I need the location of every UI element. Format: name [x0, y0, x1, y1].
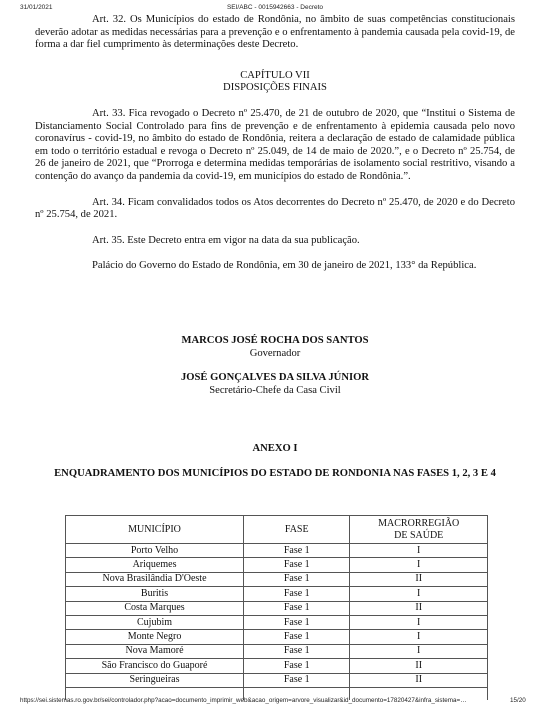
cell-municipio: Nova Mamoré [66, 644, 244, 658]
signature-chief-of-staff: JOSÉ GONÇALVES DA SILVA JÚNIOR Secretári… [35, 372, 515, 397]
table-row: Nova Brasilândia D'OesteFase 1II [66, 572, 488, 586]
cell-macrorregiao: I [350, 544, 488, 558]
cell-fase: Fase 1 [244, 572, 350, 586]
cell-municipio: Costa Marques [66, 601, 244, 615]
cell-fase: Fase 1 [244, 673, 350, 687]
cell-macrorregiao: I [350, 615, 488, 629]
article-33: Art. 33. Fica revogado o Decreto nº 25.4… [35, 108, 515, 184]
annex-title: ANEXO I [35, 443, 515, 456]
signer-name: JOSÉ GONÇALVES DA SILVA JÚNIOR [35, 372, 515, 385]
cell-municipio: São Francisco do Guaporé [66, 659, 244, 673]
cell-fase: Fase 1 [244, 659, 350, 673]
cell-macrorregiao: II [350, 659, 488, 673]
signer-role: Secretário-Chefe da Casa Civil [35, 385, 515, 398]
table-row: AriquemesFase 1I [66, 558, 488, 572]
cell-macrorregiao: II [350, 601, 488, 615]
cell-fase: Fase 1 [244, 630, 350, 644]
cell-fase: Fase 1 [244, 644, 350, 658]
column-header-macrorregiao: MACRORREGIÃODE SAÚDE [350, 516, 488, 544]
article-32: Art. 32. Os Municípios do estado de Rond… [35, 14, 515, 52]
annex-subtitle: ENQUADRAMENTO DOS MUNICÍPIOS DO ESTADO D… [35, 468, 515, 481]
table-row: Porto VelhoFase 1I [66, 544, 488, 558]
table-row: SeringueirasFase 1II [66, 673, 488, 687]
cell-macrorregiao: I [350, 644, 488, 658]
cell-macrorregiao: II [350, 572, 488, 586]
chapter-title: CAPÍTULO VII [35, 70, 515, 83]
cell-fase: Fase 1 [244, 558, 350, 572]
signature-governor: MARCOS JOSÉ ROCHA DOS SANTOS Governador [35, 335, 515, 360]
document-header-title: SEI/ABC - 0015942663 - Decreto [0, 4, 550, 11]
column-header-fase: FASE [244, 516, 350, 544]
cell-fase: Fase 1 [244, 544, 350, 558]
cell-municipio: Nova Brasilândia D'Oeste [66, 572, 244, 586]
cell-fase: Fase 1 [244, 601, 350, 615]
table-row: Costa MarquesFase 1II [66, 601, 488, 615]
table-row: BuritisFase 1I [66, 587, 488, 601]
cell-macrorregiao: I [350, 558, 488, 572]
page-number: 15/20 [510, 697, 526, 704]
cell-fase: Fase 1 [244, 615, 350, 629]
cell-municipio: Ariquemes [66, 558, 244, 572]
article-35: Art. 35. Este Decreto entra em vigor na … [35, 235, 515, 248]
table-row: São Francisco do GuaporéFase 1II [66, 659, 488, 673]
cell-macrorregiao: I [350, 587, 488, 601]
cell-macrorregiao: II [350, 673, 488, 687]
macrorregiao-label: MACRORREGIÃODE SAÚDE [378, 518, 459, 541]
cell-municipio: Buritis [66, 587, 244, 601]
chapter-subtitle: DISPOSIÇÕES FINAIS [35, 82, 515, 95]
signer-role: Governador [35, 348, 515, 361]
article-34: Art. 34. Ficam convalidados todos os Ato… [35, 197, 515, 222]
cell-macrorregiao: I [350, 630, 488, 644]
cell-municipio: Porto Velho [66, 544, 244, 558]
table-row: Monte NegroFase 1I [66, 630, 488, 644]
cell-municipio: Monte Negro [66, 630, 244, 644]
signer-name: MARCOS JOSÉ ROCHA DOS SANTOS [35, 335, 515, 348]
footer-url: https://sei.sistemas.ro.gov.br/sei/contr… [20, 697, 467, 704]
cell-municipio: Cujubim [66, 615, 244, 629]
municipalities-table: MUNICÍPIO FASE MACRORREGIÃODE SAÚDE Port… [65, 515, 488, 700]
closing-statement: Palácio do Governo do Estado de Rondônia… [35, 260, 515, 273]
column-header-municipio: MUNICÍPIO [66, 516, 244, 544]
table-row: Nova MamoréFase 1I [66, 644, 488, 658]
cell-fase: Fase 1 [244, 587, 350, 601]
document-body: Art. 32. Os Municípios do estado de Rond… [35, 14, 515, 480]
table-header-row: MUNICÍPIO FASE MACRORREGIÃODE SAÚDE [66, 516, 488, 544]
table-row: CujubimFase 1I [66, 615, 488, 629]
cell-municipio: Seringueiras [66, 673, 244, 687]
